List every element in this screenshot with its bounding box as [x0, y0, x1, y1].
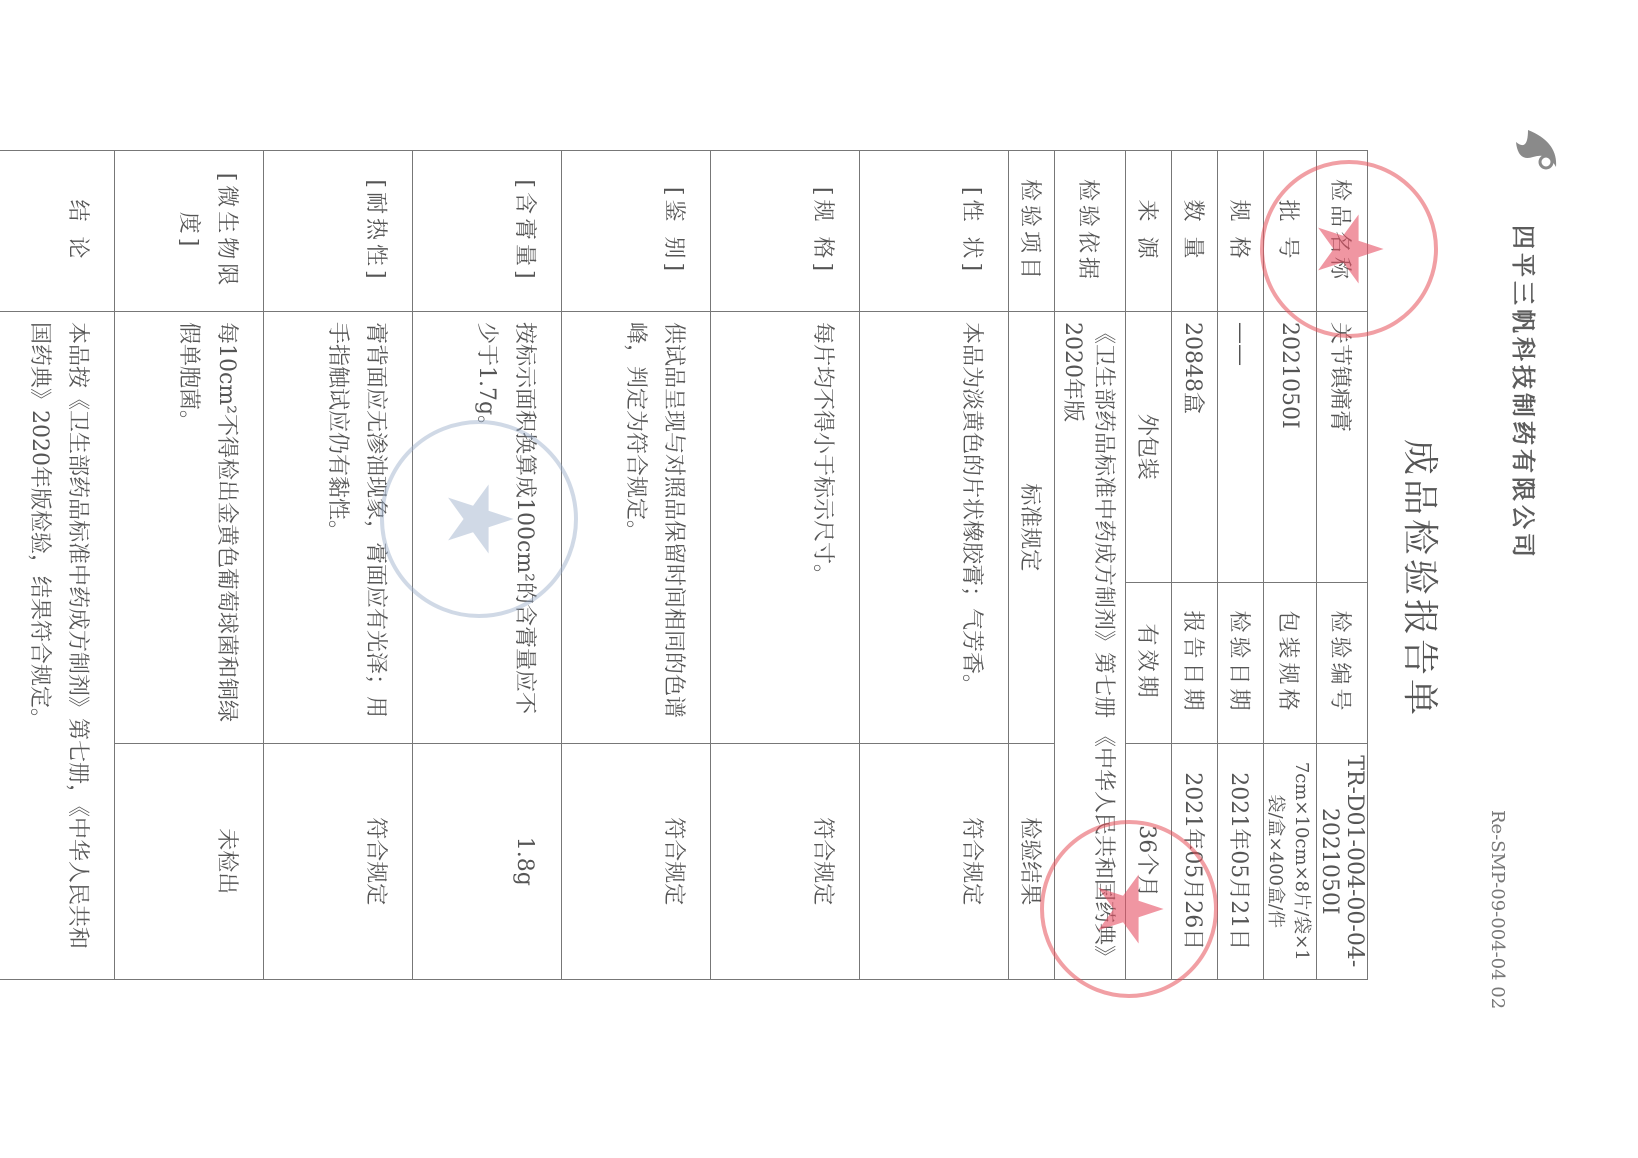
company-name: 四平三帆科技制药有限公司: [1508, 225, 1543, 561]
test-date: 2021年05月21日: [1218, 743, 1264, 979]
inspection-report-page: 四平三帆科技制药有限公司 Re-SMP-09-004-04 02 成品检验报告单…: [0, 0, 1638, 1158]
batch-number: 2021050I: [1264, 312, 1317, 583]
report-title: 成品检验报告单: [1397, 0, 1448, 1158]
test-item-row: [规 格] 每片均不得小于标示尺寸。 符合规定: [711, 151, 860, 980]
qc-seal-stamp: ★: [1040, 820, 1218, 998]
conclusion-text: 本品按《卫生部药品标准中药成方制剂》第七册，《中华人民共和国药典》2020年版检…: [0, 312, 115, 980]
company-seal-stamp: ★: [1260, 160, 1438, 338]
source: 外包装: [1126, 312, 1172, 583]
table-row: 规 格 —— 检验日期 2021年05月21日: [1218, 151, 1264, 980]
quantity: 20848盒: [1172, 312, 1218, 583]
test-item-row: [性 状] 本品为淡黄色的片状橡胶膏；气芳香。 符合规定: [860, 151, 1009, 980]
package-spec: 7cm×10cm×8片/袋×1袋/盒×400盒/件: [1264, 743, 1317, 979]
company-logo-icon: [1508, 122, 1568, 182]
test-item-row: [耐热性] 膏背面应无渗油现象，膏面应有光泽；用手指触试应仍有黏性。 符合规定: [264, 151, 413, 980]
table-row: 检验项目 标准规定 检验结果: [1009, 151, 1055, 980]
report-number: TR-D01-004-00-04-2021050I: [1317, 743, 1368, 979]
document-code: Re-SMP-09-004-04 02: [1487, 810, 1508, 1009]
faded-seal-stamp: ★: [380, 420, 578, 618]
spec: ——: [1218, 312, 1264, 583]
star-icon: ★: [1077, 869, 1182, 950]
product-name: 关节镇痛膏: [1317, 312, 1368, 583]
star-icon: ★: [1297, 209, 1402, 290]
conclusion-row: 结 论 本品按《卫生部药品标准中药成方制剂》第七册，《中华人民共和国药典》202…: [0, 151, 115, 980]
star-icon: ★: [427, 479, 532, 560]
test-item-row: [微生物限度] 每10cm²不得检出金黄色葡萄球菌和铜绿假单胞菌。 未检出: [115, 151, 264, 980]
test-item-row: [鉴 别] 供试品呈现与对照品保留时间相同的色谱峰，判定为符合规定。 符合规定: [562, 151, 711, 980]
